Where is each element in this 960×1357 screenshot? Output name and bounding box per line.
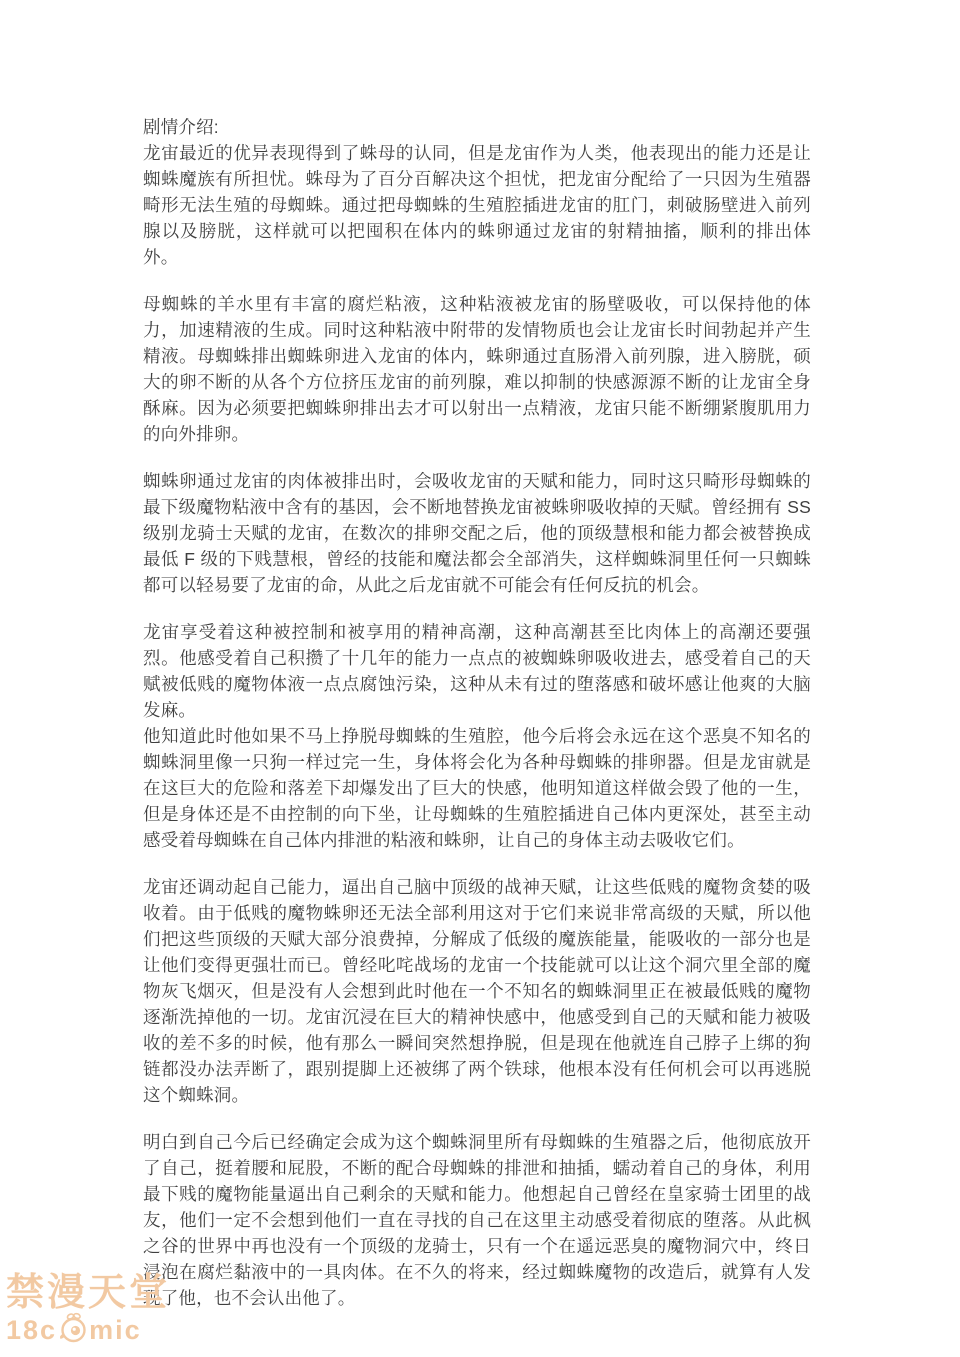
whale-mascot-icon [58, 1312, 88, 1344]
paragraph: 明白到自己今后已经确定会成为这个蜘蛛洞里所有母蜘蛛的生殖器之后，他彻底放开了自己… [143, 1129, 811, 1311]
watermark-logo: 18c mic [6, 1315, 170, 1345]
paragraph: 龙宙最近的优异表现得到了蛛母的认同，但是龙宙作为人类，他表现出的能力还是让蜘蛛魔… [143, 140, 811, 270]
paragraph: 龙宙享受着这种被控制和被享用的精神高潮，这种高潮甚至比肉体上的高潮还要强烈。他感… [143, 619, 811, 853]
paragraph: 母蜘蛛的羊水里有丰富的腐烂粘液，这种粘液被龙宙的肠壁吸收，可以保持他的体力，加速… [143, 291, 811, 447]
story-text-block: 剧 剧情介绍: 龙宙最近的优异表现得到了蛛母的认同，但是龙宙作为人类，他表现出的… [143, 114, 811, 1332]
document-page: 剧 剧情介绍: 龙宙最近的优异表现得到了蛛母的认同，但是龙宙作为人类，他表现出的… [0, 0, 960, 1357]
paragraph: 龙宙还调动起自己能力，逼出自己脑中顶级的战神天赋，让这些低贱的魔物贪婪的吸收着。… [143, 874, 811, 1108]
watermark-logo-suffix: mic [89, 1315, 142, 1345]
watermark-site-name: 禁漫天堂 [6, 1272, 170, 1314]
section-heading: 剧情介绍: [143, 114, 811, 140]
watermark: 禁漫天堂 18c mic [6, 1272, 170, 1345]
paragraph: 蜘蛛卵通过龙宙的肉体被排出时，会吸收龙宙的天赋和能力，同时这只畸形母蜘蛛的最下级… [143, 468, 811, 598]
watermark-logo-prefix: 18c [6, 1315, 57, 1345]
